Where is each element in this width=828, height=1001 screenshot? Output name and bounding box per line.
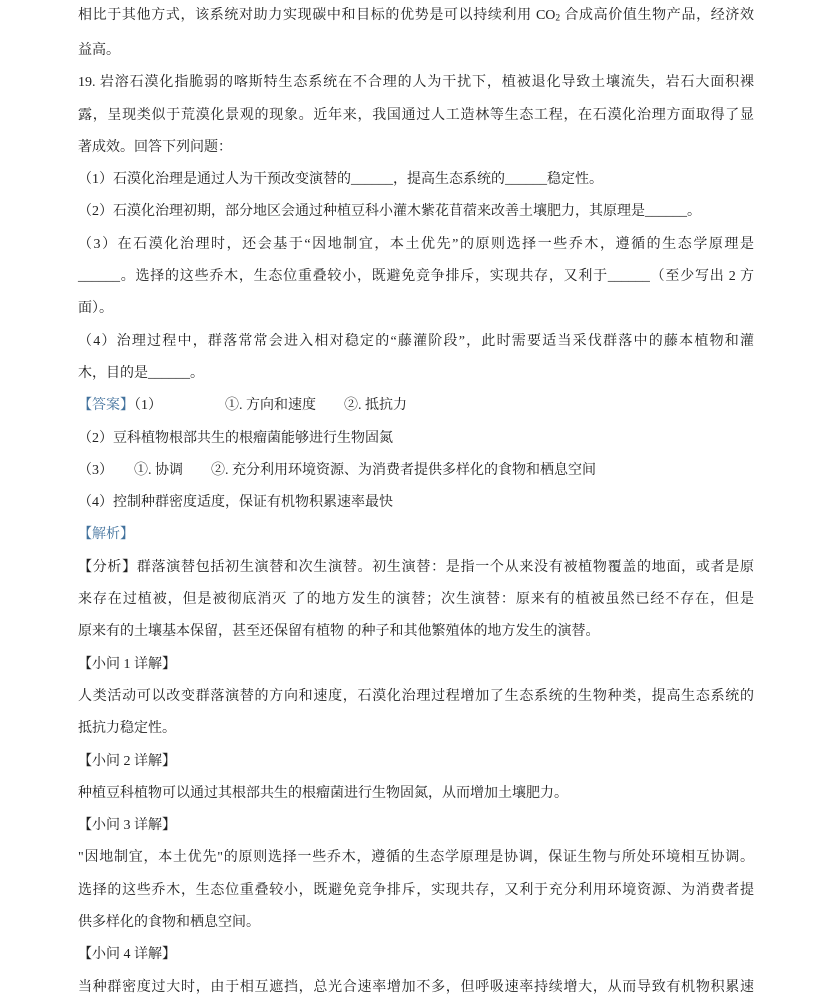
section-label: 【解析】: [78, 527, 134, 542]
text-line: ______。选择的这些乔木，生态位重叠较小，既避免竞争排斥，实现共存，又利于_…: [78, 261, 754, 293]
text-line: 【小问 2 详解】: [78, 746, 754, 778]
text-segment: "因地制宜，本土优先"的原则选择一些乔木，遵循的生态学原理是协调，保证生物与所处…: [78, 850, 754, 865]
text-segment: （3） ①. 协调 ②. 充分利用环境资源、为消费者提供多样化的食物和栖息空间: [78, 463, 596, 478]
text-segment: 种植豆科植物可以通过其根部共生的根瘤菌进行生物固氮，从而增加土壤肥力。: [78, 786, 568, 801]
text-segment: 著成效。回答下列问题：: [78, 140, 232, 155]
text-line: 【小问 4 详解】: [78, 939, 754, 971]
text-line: 19. 岩溶石漠化指脆弱的喀斯特生态系统在不合理的人为干扰下，植被退化导致土壤流…: [78, 67, 754, 99]
text-segment: 当种群密度过大时，由于相互遮挡，总光合速率增加不多，但呼吸速率持续增大，从而导致…: [78, 980, 754, 995]
text-segment: 益高。: [78, 43, 120, 58]
text-segment: 【小问 2 详解】: [78, 754, 176, 769]
text-segment: （4）控制种群密度适度，保证有机物积累速率最快: [78, 495, 393, 510]
text-line: 著成效。回答下列问题：: [78, 132, 754, 164]
text-segment: 原来有的土壤基本保留，甚至还保留有植物 的种子和其他繁殖体的地方发生的演替。: [78, 624, 600, 639]
text-segment: （2）豆科植物根部共生的根瘤菌能够进行生物固氮: [78, 431, 393, 446]
text-line: 面）。: [78, 293, 754, 325]
text-segment: 来存在过植被，但是被彻底消灭 了的地方发生的演替；次生演替：原来有的植被虽然已经…: [78, 592, 754, 607]
document-page: 相比于其他方式，该系统对助力实现碳中和目标的优势是可以持续利用 CO2 合成高价…: [0, 0, 828, 1001]
text-segment: 露，呈现类似于荒漠化景观的现象。近年来，我国通过人工造林等生态工程，在石漠化治理…: [78, 108, 754, 123]
text-segment: ______。选择的这些乔木，生态位重叠较小，既避免竞争排斥，实现共存，又利于_…: [78, 269, 754, 284]
text-segment: （1）石漠化治理是通过人为干预改变演替的______，提高生态系统的______…: [78, 172, 603, 187]
text-line: （4）治理过程中，群落常常会进入相对稳定的“藤灌阶段”，此时需要适当采伐群落中的…: [78, 326, 754, 358]
text-line: 相比于其他方式，该系统对助力实现碳中和目标的优势是可以持续利用 CO2 合成高价…: [78, 0, 754, 35]
text-segment: 面）。: [78, 301, 113, 316]
text-segment: 相比于其他方式，该系统对助力实现碳中和目标的优势是可以持续利用 CO: [78, 8, 555, 23]
text-line: 露，呈现类似于荒漠化景观的现象。近年来，我国通过人工造林等生态工程，在石漠化治理…: [78, 100, 754, 132]
text-segment: （3）在石漠化治理时，还会基于“因地制宜，本土优先”的原则选择一些乔木，遵循的生…: [78, 237, 754, 252]
text-line: 【答案】（1） ①. 方向和速度 ②. 抵抗力: [78, 390, 754, 422]
text-line: 【小问 1 详解】: [78, 649, 754, 681]
text-line: 人类活动可以改变群落演替的方向和速度，石漠化治理过程增加了生态系统的生物种类，提…: [78, 681, 754, 713]
text-line: 【解析】: [78, 519, 754, 551]
text-line: 木，目的是______。: [78, 358, 754, 390]
text-segment: 【小问 3 详解】: [78, 818, 176, 833]
text-segment: 【小问 4 详解】: [78, 947, 176, 962]
text-segment: 【小问 1 详解】: [78, 657, 176, 672]
text-line: （3） ①. 协调 ②. 充分利用环境资源、为消费者提供多样化的食物和栖息空间: [78, 455, 754, 487]
section-label: 【答案】: [78, 398, 134, 413]
text-line: （2）石漠化治理初期，部分地区会通过种植豆科小灌木紫花苜蓿来改善土壤肥力，其原理…: [78, 196, 754, 228]
text-line: 选择的这些乔木，生态位重叠较小，既避免竞争排斥，实现共存，又利于充分利用环境资源…: [78, 875, 754, 907]
text-segment: 合成高价值生物产品，经济效: [560, 8, 754, 23]
text-segment: 抵抗力稳定性。: [78, 721, 176, 736]
text-line: 【小问 3 详解】: [78, 810, 754, 842]
text-line: 供多样化的食物和栖息空间。: [78, 907, 754, 939]
text-line: 【分析】群落演替包括初生演替和次生演替。初生演替：是指一个从来没有被植物覆盖的地…: [78, 552, 754, 584]
text-segment: （2）石漠化治理初期，部分地区会通过种植豆科小灌木紫花苜蓿来改善土壤肥力，其原理…: [78, 204, 701, 219]
text-line: （3）在石漠化治理时，还会基于“因地制宜，本土优先”的原则选择一些乔木，遵循的生…: [78, 229, 754, 261]
text-segment: 供多样化的食物和栖息空间。: [78, 915, 260, 930]
text-line: （2）豆科植物根部共生的根瘤菌能够进行生物固氮: [78, 423, 754, 455]
text-line: 当种群密度过大时，由于相互遮挡，总光合速率增加不多，但呼吸速率持续增大，从而导致…: [78, 972, 754, 1001]
text-line: 来存在过植被，但是被彻底消灭 了的地方发生的演替；次生演替：原来有的植被虽然已经…: [78, 584, 754, 616]
text-line: （4）控制种群密度适度，保证有机物积累速率最快: [78, 487, 754, 519]
text-line: （1）石漠化治理是通过人为干预改变演替的______，提高生态系统的______…: [78, 164, 754, 196]
text-segment: （4）治理过程中，群落常常会进入相对稳定的“藤灌阶段”，此时需要适当采伐群落中的…: [78, 334, 754, 349]
text-segment: 选择的这些乔木，生态位重叠较小，既避免竞争排斥，实现共存，又利于充分利用环境资源…: [78, 883, 754, 898]
text-line: 原来有的土壤基本保留，甚至还保留有植物 的种子和其他繁殖体的地方发生的演替。: [78, 616, 754, 648]
text-segment: 19. 岩溶石漠化指脆弱的喀斯特生态系统在不合理的人为干扰下，植被退化导致土壤流…: [78, 75, 754, 90]
text-segment: 【分析】群落演替包括初生演替和次生演替。初生演替：是指一个从来没有被植物覆盖的地…: [78, 560, 754, 575]
text-line: 抵抗力稳定性。: [78, 713, 754, 745]
text-segment: 木，目的是______。: [78, 366, 204, 381]
text-segment: 人类活动可以改变群落演替的方向和速度，石漠化治理过程增加了生态系统的生物种类，提…: [78, 689, 754, 704]
text-line: 益高。: [78, 35, 754, 67]
text-line: "因地制宜，本土优先"的原则选择一些乔木，遵循的生态学原理是协调，保证生物与所处…: [78, 842, 754, 874]
document-content: 相比于其他方式，该系统对助力实现碳中和目标的优势是可以持续利用 CO2 合成高价…: [78, 0, 754, 1001]
text-line: 种植豆科植物可以通过其根部共生的根瘤菌进行生物固氮，从而增加土壤肥力。: [78, 778, 754, 810]
text-segment: （1） ①. 方向和速度 ②. 抵抗力: [134, 398, 407, 413]
